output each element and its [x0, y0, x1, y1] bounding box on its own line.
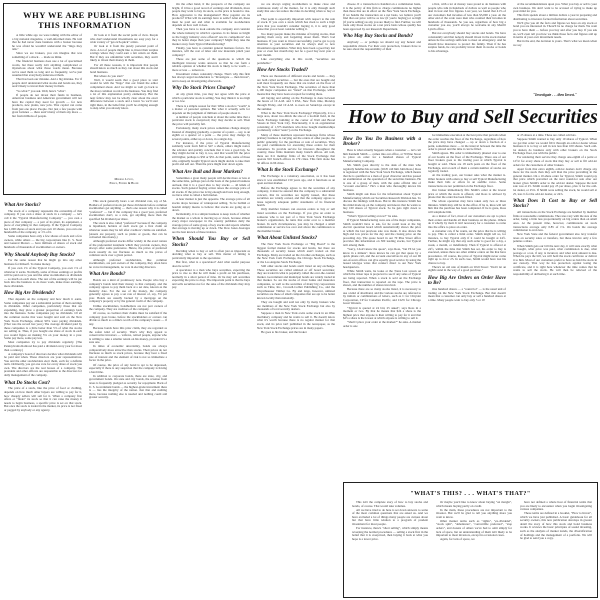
section-heading: What Are Bull and Bear Markets?: [172, 170, 250, 175]
paragraph: a first, with a lot of money were proud …: [428, 3, 506, 31]
buysell-col-b: for immediate execution at the best pric…: [428, 134, 506, 474]
paragraph: If Typical Manufacturing were one of the…: [343, 219, 421, 247]
paragraph: Still other stocks and bonds aren't list…: [257, 265, 335, 300]
paragraph: Because there are so many stocks listed,…: [343, 288, 421, 306]
paragraph: The Exchange is a voluntary association,…: [257, 175, 335, 186]
paragraph: Smith agrees. His order is immediately p…: [428, 152, 506, 173]
article-col-7-wrap: of the recommendations upon you. What yo…: [513, 3, 597, 103]
paragraph: In addition to corporate bonds, there ar…: [89, 375, 167, 400]
section-heading: Why Do Stock Prices Change?: [172, 86, 250, 91]
paragraph: All we have tried to do here is set down…: [352, 509, 428, 527]
paragraph: One hundred shares — a "round lot" — is …: [428, 288, 506, 302]
section-heading: What Does It Cost to Buy or Sell Stocks?: [513, 199, 597, 210]
whats-this-col-3: Or maybe you'd like to know about buying…: [436, 501, 512, 542]
paragraph: That depends on the company and how much…: [4, 298, 82, 341]
paragraph: Anybody — or perhaps we should say any h…: [343, 41, 421, 52]
whats-this-box: "WHAT'S THIS? . . . WHAT'S THAT?" This i…: [343, 482, 598, 598]
section-heading: When Should You Buy or Sell Stocks?: [172, 237, 250, 248]
intro-col-2: Or look at it from the social point of v…: [90, 34, 158, 111]
investigate-tagline: "Investigate . . . then Invest.": [513, 93, 597, 97]
article-col-5: choose. If a transaction is handled on a…: [343, 3, 421, 103]
paragraph: Fortunately, many stock prices sometimes…: [172, 127, 250, 141]
paragraph: Apart from that extra eighth, odd-lot de…: [513, 168, 597, 196]
paragraph: of the recommendations upon you. What yo…: [513, 3, 597, 14]
paragraph: All buying and selling on the Exchange i…: [257, 97, 335, 111]
paragraph: Again, for lack of space, we: [436, 538, 512, 542]
paragraph: have not defined a whole host of financi…: [520, 501, 592, 512]
paragraph: Too many people make the mistake of buyi…: [257, 33, 335, 58]
paragraph: They are bought and sold not only by man…: [257, 301, 335, 312]
article-col-1: What Are Stocks?The stock of a company r…: [4, 200, 82, 598]
paragraph: Like everything else in this world, "sec…: [257, 58, 335, 65]
paragraph: A customer can, if he wants, set the pri…: [428, 230, 506, 265]
article-col-2: This stock generally bears a set dividen…: [89, 200, 167, 598]
paragraph: If you own 1% of the Typical Company, yo…: [4, 267, 82, 288]
paragraph: At any given time, you may not agree wit…: [172, 93, 250, 104]
paragraph: As a matter of fact, most of our custome…: [428, 215, 506, 229]
paragraph: Only member brokers can execute orders t…: [257, 208, 335, 233]
paragraph: In the main, these procedures are not im…: [436, 509, 512, 520]
paragraph: "Shall I place your order at the market?…: [343, 321, 421, 328]
paragraph: Sometimes a great many people will decid…: [172, 177, 250, 198]
paragraph: Or look at it from the social point of v…: [90, 34, 158, 45]
paragraph: The price of a stock, like the price of …: [4, 387, 82, 412]
paragraph: There is a simple reason for that: What …: [172, 105, 250, 116]
paragraph: choose. If a transaction is handled on a…: [343, 3, 421, 31]
paragraph: Although preferred stockholders, like co…: [89, 259, 167, 270]
paragraph: Our broker immediately fills Smith's ord…: [428, 189, 506, 200]
paragraph: Here is what actually happens when a cus…: [343, 149, 421, 163]
paragraph: Of course, as creditors their claims mus…: [89, 312, 167, 326]
paragraph: Bonds are a kind of promissory note. Peo…: [89, 279, 167, 304]
paragraph: Well, it would seem that a good place to…: [90, 79, 158, 111]
section-heading: What Are Bonds?: [89, 272, 167, 277]
paragraph: Investment values constantly change. Tha…: [172, 73, 250, 84]
paragraph: When Smith gets our bill the next day, i…: [513, 245, 597, 277]
paragraph: These terms are defined in a booklet, "H…: [520, 512, 592, 540]
paragraph: While Smith waits, he looks at the Trans…: [343, 270, 421, 288]
headline-rule-bottom: [343, 131, 597, 132]
paragraph: Other market terms such as "rights", "ex…: [436, 520, 512, 538]
paragraph: A speculator is a man who buys securitie…: [172, 269, 250, 290]
section-heading: What Is the Stock Exchange?: [257, 168, 335, 173]
paragraph: A number of people conclude at about the…: [172, 116, 250, 127]
paragraph: Suppose a man in New York owns some stoc…: [257, 312, 335, 330]
paragraph: Finally, you have to consider general bu…: [172, 47, 250, 58]
paragraph: A little while ago we were talking with …: [12, 34, 82, 52]
paragraph: For rendering their service they charge …: [513, 156, 597, 167]
paragraph: These are just some of the questions to …: [172, 58, 250, 72]
paragraph: There's an old rule of thumb on Wall Str…: [428, 266, 506, 273]
section-heading: How Are Stocks Traded?: [257, 68, 335, 73]
paragraph: Although preferred stocks differ widely …: [89, 240, 167, 258]
whats-this-col-4: have not defined a whole host of financi…: [520, 501, 592, 541]
paragraph: Or look at it from the purely personal p…: [90, 45, 158, 63]
section-heading: How Big Are Dividends?: [4, 291, 82, 296]
newspaper-page: WHY WE ARE PUBLISHING THIS INFORMATION A…: [0, 0, 600, 600]
article-col-4: we are always urging stockholders to mak…: [257, 3, 335, 598]
paragraph: for immediate execution at the best pric…: [428, 134, 506, 152]
paragraph: The New York Stock Exchange or "Big Boar…: [257, 243, 335, 264]
intro-box: WHY WE ARE PUBLISHING THIS INFORMATION A…: [3, 3, 166, 195]
paragraph: Incidentally, it is a simple business to…: [172, 213, 250, 234]
article-col-6: a first, with a lot of money were proud …: [428, 3, 506, 103]
paragraph: Before the Exchange agrees to list the s…: [257, 187, 335, 208]
paragraph: A company's board of directors decides w…: [4, 353, 82, 378]
paragraph: If people do not invest their funds in b…: [12, 94, 82, 119]
paragraph: But in the end, the decision is yours. T…: [513, 40, 597, 47]
section-headline: How to Buy and Sell Securities: [348, 106, 598, 130]
paragraph: For all these reasons, it is important t…: [90, 64, 158, 75]
article-col-7: of the recommendations upon you. What yo…: [513, 3, 597, 91]
paragraph: Many of these members represent brokerag…: [257, 134, 335, 166]
paragraph: There are thousands of different stocks …: [257, 75, 335, 96]
paragraph: The stock is also called "preferred" bec…: [89, 222, 167, 240]
paragraph: "Typical is quoted at 24 bid, 25 asked",…: [343, 307, 421, 321]
paragraph: On the other hand, if the prospects of t…: [172, 3, 250, 28]
paragraph: Some companies have only a few shares of…: [4, 235, 82, 249]
whats-this-title: "WHAT'S THIS? . . . WHAT'S THAT?": [344, 489, 597, 499]
paragraph: Deciding when to buy or sell is often ju…: [172, 250, 250, 261]
intro-col-1: A little while ago we were talking with …: [12, 34, 82, 119]
paragraph: This stock generally bears a set dividen…: [89, 200, 167, 221]
paragraph: That has been our mistake. And a big mis…: [12, 78, 82, 89]
paragraph: Because bonds have this prior claim, the…: [89, 327, 167, 345]
intro-signature: Merrill Lynch, Pierce, Fenner & Beane: [90, 174, 158, 185]
section-heading: Why Should Anybody Buy Stocks?: [4, 253, 82, 258]
intro-title: WHY WE ARE PUBLISHING THIS INFORMATION: [18, 10, 151, 30]
paragraph: A bear market is just the opposite. The …: [172, 198, 250, 212]
section-heading: What About Unlisted Stocks?: [257, 236, 335, 241]
paragraph: What is the New York Stock Exchange? Phy…: [257, 112, 335, 133]
paragraph: For instance, there's "short selling", w…: [352, 527, 428, 541]
paragraph: New York State and the federal governmen…: [513, 233, 597, 244]
buysell-col-a: How Do You Do Business with a Broker?Her…: [343, 134, 421, 479]
paragraph: The whole operation may have taken only …: [428, 200, 506, 214]
section-heading: What Do Stocks Cost?: [4, 381, 82, 386]
paragraph: The financial business does use a lot of…: [12, 60, 82, 78]
paragraph: Smith might ask Ross for the information…: [343, 193, 421, 214]
buysell-col-c: or 25 shares at a time. These are called…: [513, 134, 597, 474]
paragraph: That point is especially important with …: [257, 18, 335, 32]
paragraph: In times of economic uncertainty, bonds …: [89, 345, 167, 363]
paragraph: Mr. Smith goes directly to the desk of t…: [343, 164, 421, 192]
section-heading: How Big Are Orders on Order Have to Be?: [428, 276, 506, 287]
signature-firm: Pierce, Fenner & Beane: [90, 181, 158, 185]
paragraph: The stock of a company represents the ow…: [4, 210, 82, 235]
paragraph: At the trading post, our broker asks wha…: [428, 174, 506, 188]
article-col-3: On the other hand, if the prospects of t…: [172, 3, 250, 598]
paragraph: We'll give you all the facts and figures…: [513, 22, 597, 40]
paragraph: we are always urging stockholders to mak…: [257, 3, 335, 17]
paragraph: Most companies try to pay dividends regu…: [4, 341, 82, 352]
paragraph: Of course, the price of any bond is apt …: [89, 364, 167, 375]
paragraph: For instance, if the price of Typical Ma…: [172, 142, 250, 167]
paragraph: But not everybody should buy stocks and …: [428, 32, 506, 53]
whats-this-col-2: This isn't the complete story of how to …: [352, 501, 428, 542]
section-heading: Who May Buy Stocks and Bonds?: [343, 34, 421, 39]
headline-rule-top: [343, 104, 597, 105]
section-heading: What Are Stocks?: [4, 203, 82, 208]
paragraph: Suppose Smith wanted to buy only 10 shar…: [513, 138, 597, 156]
paragraph: All transactions on the Stock Exchange a…: [513, 211, 597, 232]
paragraph: "Sorry, I don't know the quote", says Ro…: [343, 248, 421, 269]
paragraph: He goes to his broker, and the broker: [257, 331, 335, 335]
section-heading: How Do You Do Business with a Broker?: [343, 137, 421, 148]
paragraph: Then you have to look outside the compan…: [172, 28, 250, 46]
